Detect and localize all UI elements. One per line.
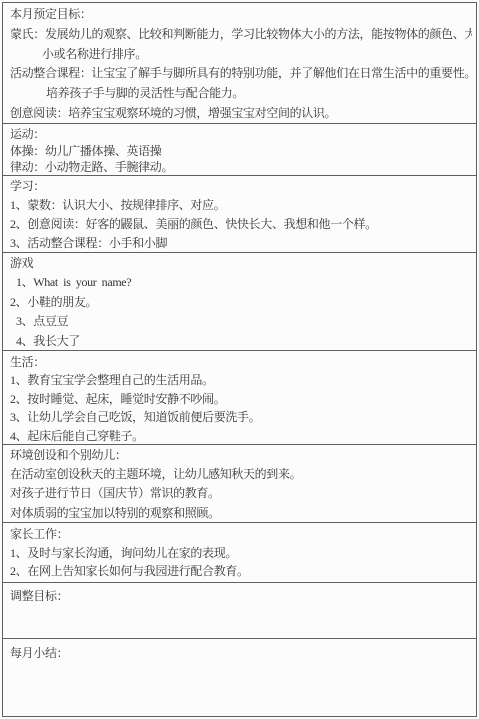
- doc-line: 创意阅读：培养宝宝观察环境的习惯，增强宝宝对空间的认识。: [10, 104, 472, 124]
- doc-line: 游戏: [10, 254, 472, 273]
- doc-line: 对体质弱的宝宝加以特别的观察和照顾。: [10, 504, 472, 523]
- doc-line: 1、及时与家长沟通，询问幼儿在家的表现。: [10, 544, 472, 563]
- document-page: 本月预定目标：蒙氏：发展幼儿的观察、比较和判断能力，学习比较物体大小的方法，能按…: [0, 0, 479, 719]
- section-monthly-summary: 每月小结：: [3, 639, 476, 718]
- doc-line: 对孩子进行节日（国庆节）常识的教育。: [10, 484, 472, 503]
- section-daily-life: 生活：1、教育宝宝学会整理自己的生活用品。2、按时睡觉、起床，睡觉时安静不吵闹。…: [3, 351, 476, 445]
- doc-line: 4、起床后能自己穿鞋子。: [10, 427, 472, 445]
- section-sports: 运动：体操：幼儿广播体操、英语操律动：小动物走路、手腕律动。: [3, 124, 476, 176]
- section-learning: 学习：1、蒙数：认识大小、按规律排序、对应。2、创意阅读：好客的鼹鼠、美丽的颜色…: [3, 176, 476, 253]
- doc-line: 体操：幼儿广播体操、英语操: [10, 143, 472, 160]
- section-monthly-goals: 本月预定目标：蒙氏：发展幼儿的观察、比较和判断能力，学习比较物体大小的方法，能按…: [3, 3, 476, 124]
- doc-line: 活动整合课程：让宝宝了解手与脚所具有的特别功能，并了解他们在日常生活中的重要性。: [10, 64, 472, 84]
- section-parent-work: 家长工作：1、及时与家长沟通，询问幼儿在家的表现。2、在网上告知家长如何与我园进…: [3, 523, 476, 583]
- doc-line: 家长工作：: [10, 525, 472, 544]
- doc-line: 学习：: [10, 177, 472, 196]
- doc-line: 调整目标：: [10, 587, 472, 605]
- doc-line: 3、点豆豆: [10, 312, 472, 331]
- doc-line: 3、活动整合课程：小手和小脚: [10, 234, 472, 253]
- section-adjusted-goals: 调整目标：: [3, 583, 476, 639]
- doc-line: 本月预定目标：: [10, 5, 472, 25]
- doc-line: 培养孩子手与脚的灵活性与配合能力。: [10, 84, 472, 104]
- doc-line: 小或名称进行排序。: [10, 45, 472, 65]
- doc-line: 2、小鞋的朋友。: [10, 293, 472, 312]
- doc-line: 1、蒙数：认识大小、按规律排序、对应。: [10, 196, 472, 215]
- doc-line: 3、让幼儿学会自己吃饭，知道饭前便后要洗手。: [10, 408, 472, 426]
- doc-line: 每月小结：: [10, 644, 472, 662]
- doc-line: 2、创意阅读：好客的鼹鼠、美丽的颜色、快快长大、我想和他一个样。: [10, 215, 472, 234]
- doc-line: 律动：小动物走路、手腕律动。: [10, 159, 472, 176]
- document-table: 本月预定目标：蒙氏：发展幼儿的观察、比较和判断能力，学习比较物体大小的方法，能按…: [2, 2, 477, 717]
- section-games: 游戏1、What is your name?2、小鞋的朋友。3、点豆豆4、我长大…: [3, 253, 476, 351]
- doc-line: 生活：: [10, 353, 472, 371]
- section-environment-and-individual-children: 环境创设和个别幼儿：在活动室创设秋天的主题环境，让幼儿感知秋天的到来。对孩子进行…: [3, 445, 476, 523]
- doc-line: 运动：: [10, 126, 472, 143]
- doc-line: 在活动室创设秋天的主题环境，让幼儿感知秋天的到来。: [10, 465, 472, 484]
- doc-line: 4、我长大了: [10, 332, 472, 351]
- doc-line: 环境创设和个别幼儿：: [10, 446, 472, 465]
- doc-line: 蒙氏：发展幼儿的观察、比较和判断能力，学习比较物体大小的方法，能按物体的颜色、大: [10, 25, 472, 45]
- doc-line: 1、What is your name?: [10, 273, 472, 292]
- doc-line: 2、在网上告知家长如何与我园进行配合教育。: [10, 562, 472, 581]
- doc-line: 2、按时睡觉、起床，睡觉时安静不吵闹。: [10, 390, 472, 408]
- doc-line: 1、教育宝宝学会整理自己的生活用品。: [10, 371, 472, 389]
